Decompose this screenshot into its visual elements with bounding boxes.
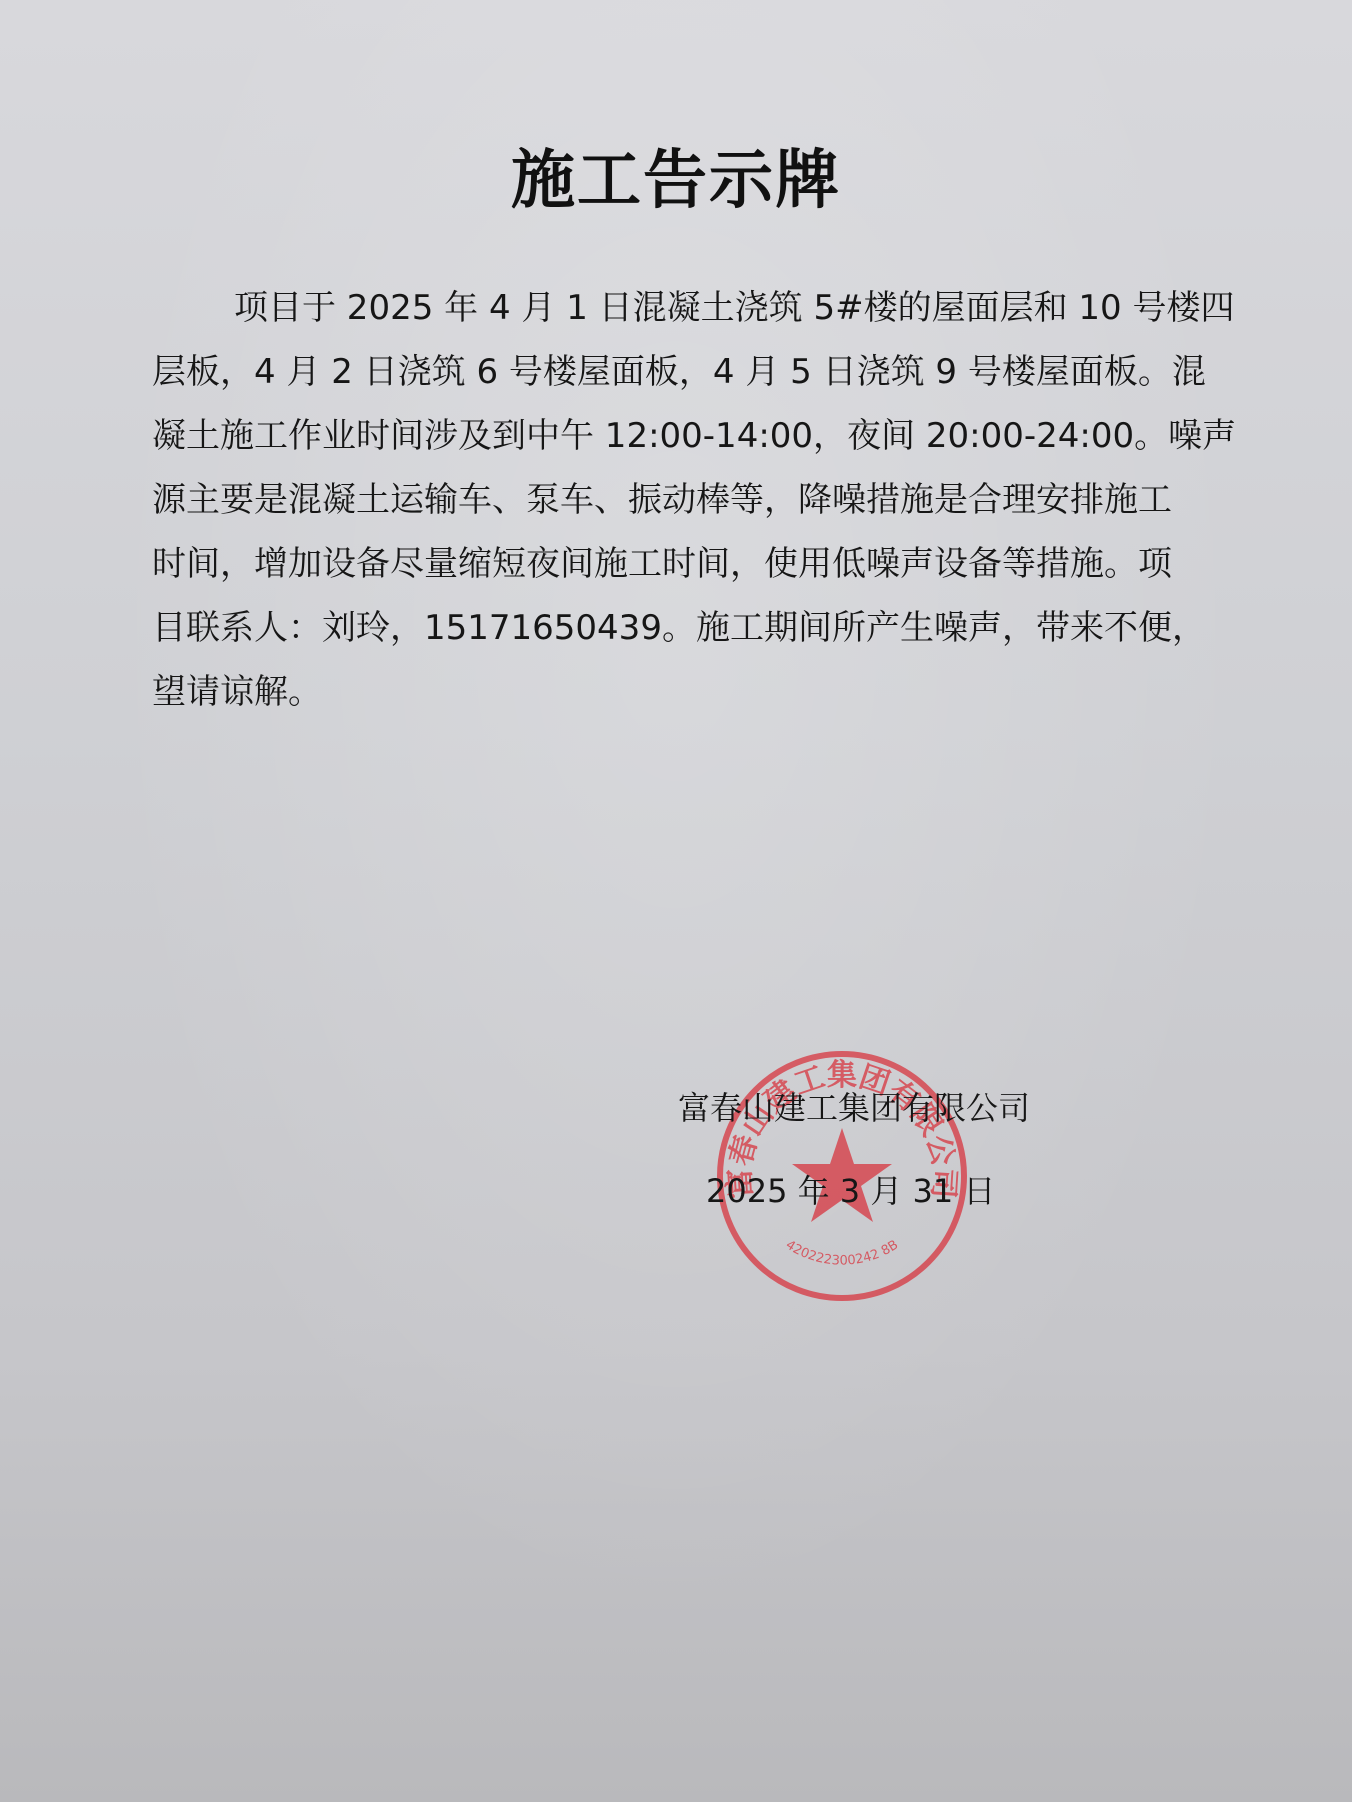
company-name: 富春山建工集团有限公司 xyxy=(678,1083,1030,1129)
body-line: 层板，4 月 2 日浇筑 6 号楼屋面板，4 月 5 日浇筑 9 号楼屋面板。混 xyxy=(152,340,1227,404)
notice-body: 项目于 2025 年 4 月 1 日混凝土浇筑 5#楼的屋面层和 10 号楼四 … xyxy=(152,276,1227,724)
seal-number: 420222300242 8B xyxy=(783,1238,901,1269)
signature-date: 2025 年 3 月 31 日 xyxy=(706,1166,995,1212)
body-line: 源主要是混凝土运输车、泵车、振动棒等，降噪措施是合理安排施工 xyxy=(152,468,1227,532)
body-line: 目联系人：刘玲，15171650439。施工期间所产生噪声，带来不便， xyxy=(152,596,1227,660)
body-line: 时间，增加设备尽量缩短夜间施工时间，使用低噪声设备等措施。项 xyxy=(152,532,1227,596)
body-line: 凝土施工作业时间涉及到中午 12:00-14:00，夜间 20:00-24:00… xyxy=(152,404,1227,468)
body-line: 项目于 2025 年 4 月 1 日混凝土浇筑 5#楼的屋面层和 10 号楼四 xyxy=(152,276,1227,340)
notice-title: 施工告示牌 xyxy=(0,129,1352,221)
body-line: 望请谅解。 xyxy=(152,660,1227,724)
paper-lighting xyxy=(0,0,1352,1802)
